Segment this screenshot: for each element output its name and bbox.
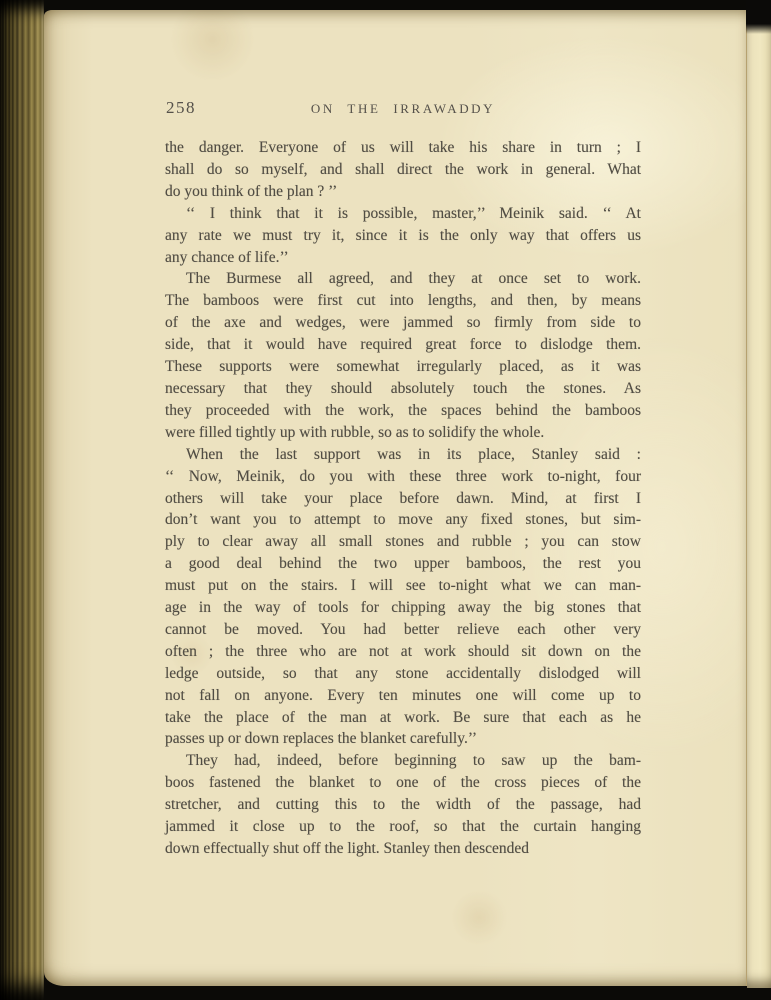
text-line: These supports were somewhat irregularly… <box>165 356 641 378</box>
text-line: ledge outside, so that any stone acciden… <box>165 663 641 685</box>
text-line: do you think of the plan ? ’’ <box>165 181 641 203</box>
page-content: 258 ON THE IRRAWADDY the danger. Everyon… <box>165 98 641 860</box>
text-line: don’t want you to attempt to move any fi… <box>165 509 641 531</box>
text-line: cannot be moved. You had better relieve … <box>165 619 641 641</box>
text-line: often ; the three who are not at work sh… <box>165 641 641 663</box>
text-line: the danger. Everyone of us will take his… <box>165 137 641 159</box>
paragraph: the danger. Everyone of us will take his… <box>165 137 641 203</box>
text-line: stretcher, and cutting this to the width… <box>165 794 641 816</box>
text-line: any rate we must try it, since it is the… <box>165 225 641 247</box>
text-line: When the last support was in its place, … <box>165 444 641 466</box>
text-line: take the place of the man at work. Be su… <box>165 707 641 729</box>
paragraph: ‘‘ I think that it is possible, master,’… <box>165 203 641 269</box>
text-line: The bamboos were first cut into lengths,… <box>165 290 641 312</box>
text-line: They had, indeed, before beginning to sa… <box>165 750 641 772</box>
page-number: 258 <box>166 98 196 118</box>
page-header: 258 ON THE IRRAWADDY <box>165 98 641 120</box>
text-line: must put on the stairs. I will see to-ni… <box>165 575 641 597</box>
cover-corner-dark <box>746 0 771 34</box>
page-body-text: the danger. Everyone of us will take his… <box>165 137 641 860</box>
running-header: ON THE IRRAWADDY <box>311 101 495 117</box>
text-line: side, that it would have required great … <box>165 334 641 356</box>
text-line: others will take your place before dawn.… <box>165 488 641 510</box>
text-line: boos fastened the blanket to one of the … <box>165 772 641 794</box>
paragraph: They had, indeed, before beginning to sa… <box>165 750 641 860</box>
book-page: 258 ON THE IRRAWADDY the danger. Everyon… <box>44 10 747 986</box>
text-line: ply to clear away all small stones and r… <box>165 531 641 553</box>
text-line: they proceeded with the work, the spaces… <box>165 400 641 422</box>
text-line: ‘‘ I think that it is possible, master,’… <box>165 203 641 225</box>
text-line: shall do so myself, and shall direct the… <box>165 159 641 181</box>
paragraph: The Burmese all agreed, and they at once… <box>165 268 641 443</box>
text-line: passes up or down replaces the blanket c… <box>165 728 641 750</box>
paragraph: When the last support was in its place, … <box>165 444 641 751</box>
text-line: age in the way of tools for chipping awa… <box>165 597 641 619</box>
text-line: a good deal behind the two upper bamboos… <box>165 553 641 575</box>
text-line: were filled tightly up with rubble, so a… <box>165 422 641 444</box>
text-line: any chance of life.’’ <box>165 247 641 269</box>
text-line: of the axe and wedges, were jammed so fi… <box>165 312 641 334</box>
text-line: not fall on anyone. Every ten minutes on… <box>165 685 641 707</box>
fore-edge <box>747 12 771 988</box>
text-line: The Burmese all agreed, and they at once… <box>165 268 641 290</box>
text-line: necessary that they should absolutely to… <box>165 378 641 400</box>
book-page-edges-left <box>0 0 44 1000</box>
text-line: ‘‘ Now, Meinik, do you with these three … <box>165 466 641 488</box>
text-line: jammed it close up to the roof, so that … <box>165 816 641 838</box>
text-line: down effectually shut off the light. Sta… <box>165 838 641 860</box>
book-photo: 258 ON THE IRRAWADDY the danger. Everyon… <box>0 0 771 1000</box>
